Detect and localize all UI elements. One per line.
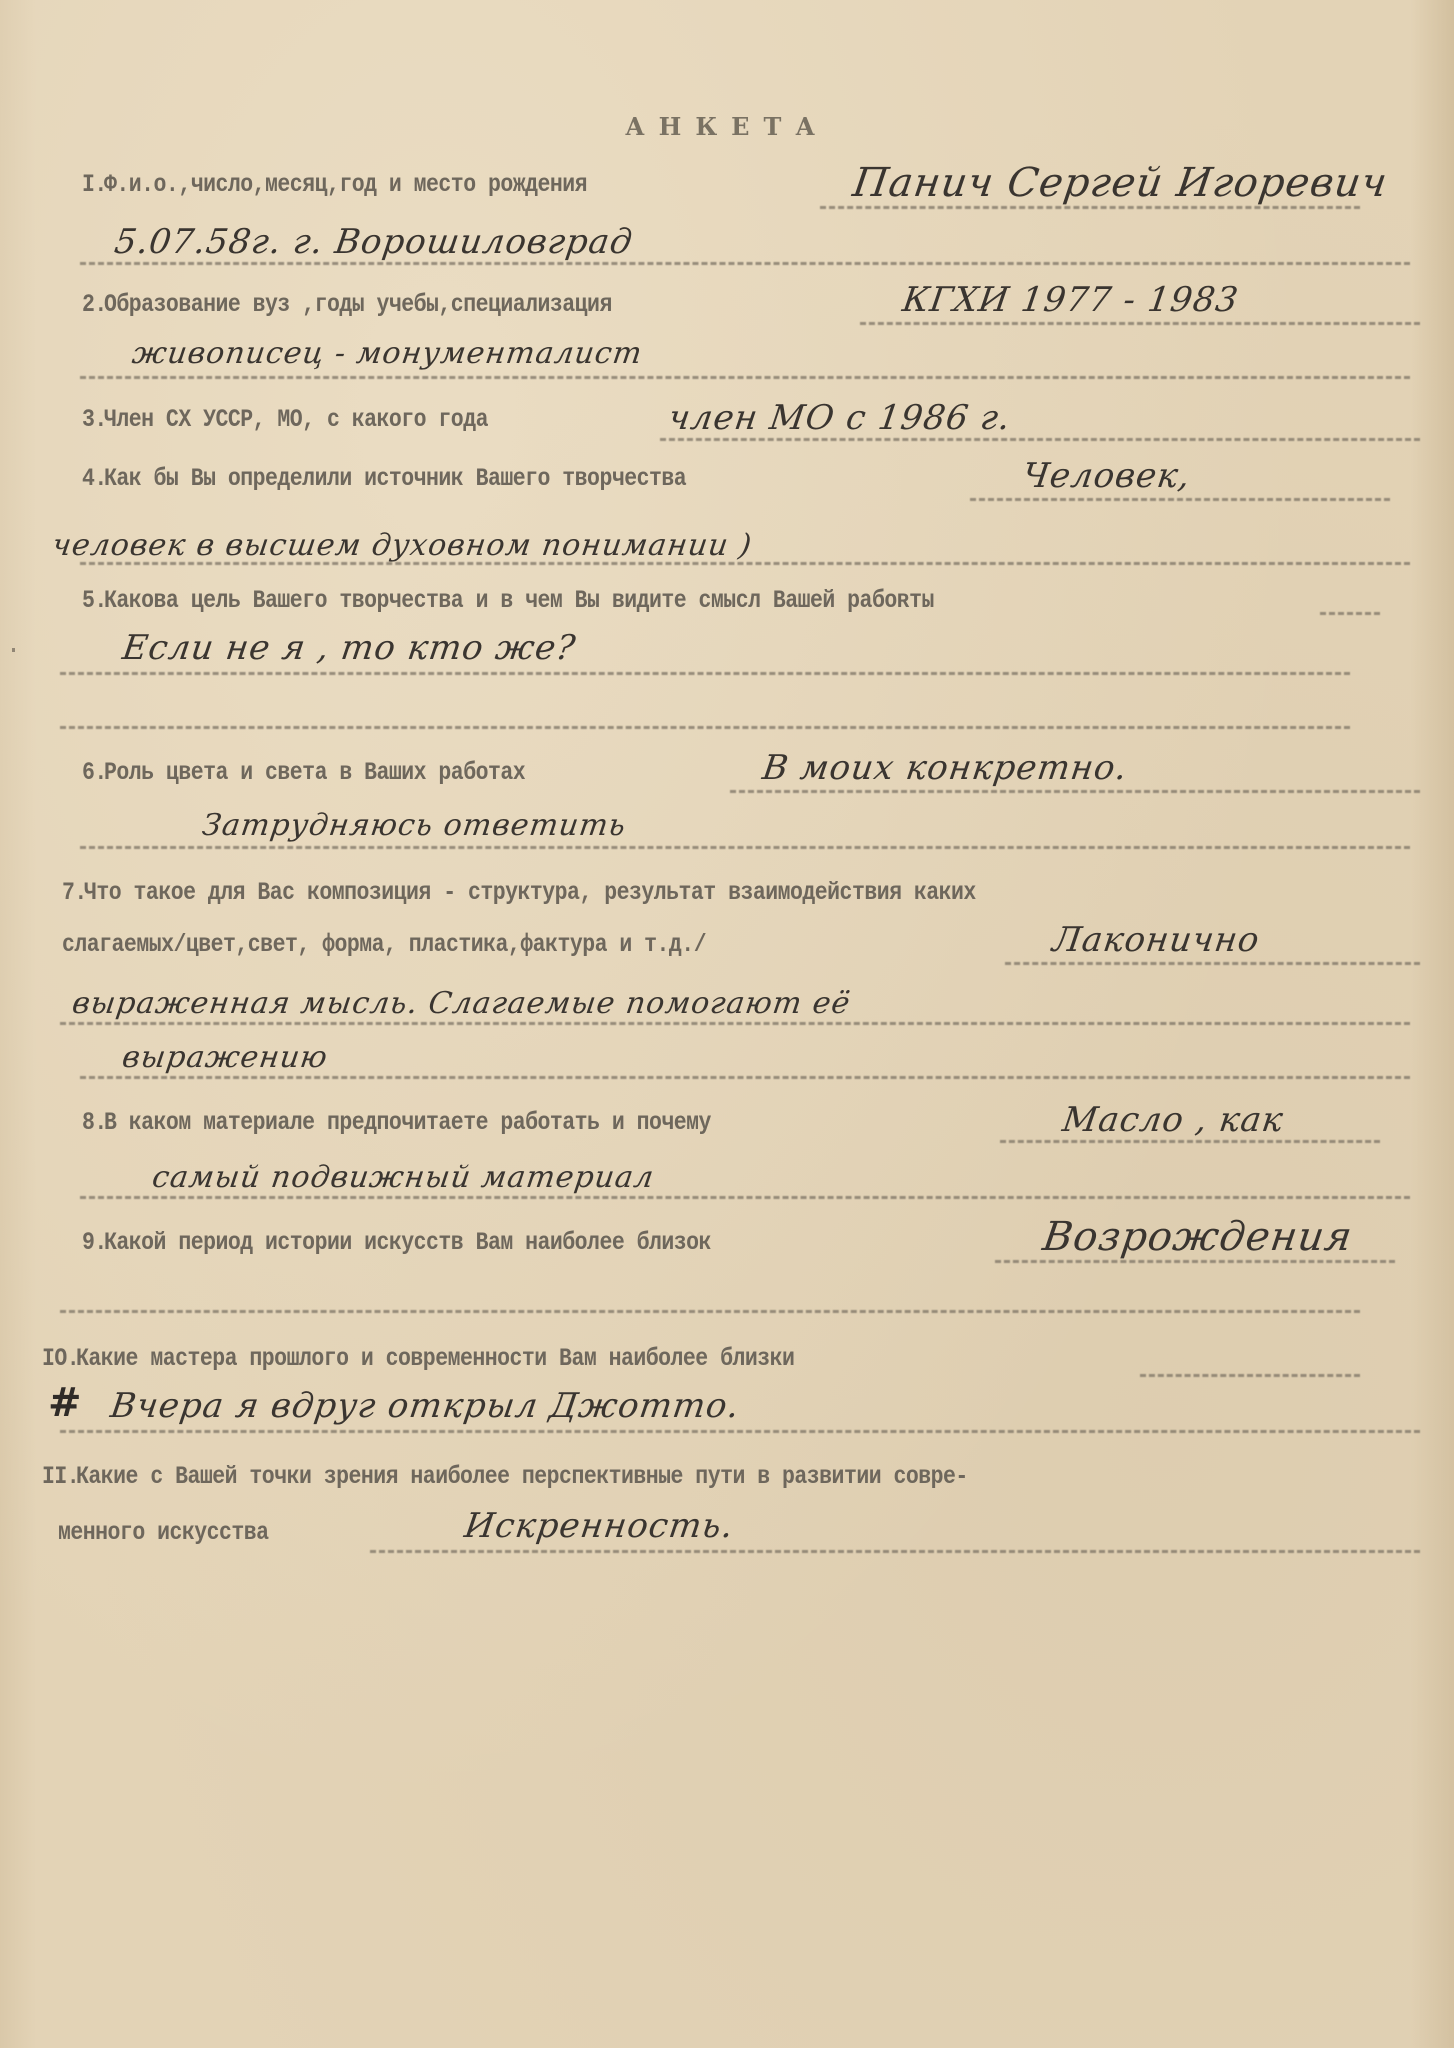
question-7-answer-line-3: выражению [120, 1040, 330, 1075]
answer-line [60, 1430, 1420, 1433]
question-1-text: Ф.и.о.,число,месяц,год и место рождения [104, 170, 587, 199]
answer-line [970, 498, 1390, 501]
answer-line [860, 322, 1420, 325]
answer-line [820, 206, 1360, 209]
answer-line [660, 438, 1420, 441]
question-11-answer: Искренность. [462, 1506, 736, 1546]
question-5-answer-line-1: Если не я , то кто же? [120, 628, 578, 668]
question-6-text: Роль цвета и света в Ваших работах [104, 758, 525, 787]
question-7-answer-line-1: Лаконично [1050, 920, 1262, 960]
stray-mark [12, 648, 15, 652]
answer-line [80, 376, 1410, 379]
crossed-out-mark: # [48, 1380, 82, 1426]
question-10-answer: Вчера я вдруг открыл Джотто. [108, 1386, 742, 1426]
answer-line [1320, 612, 1380, 615]
question-2-answer-line-1: КГХИ 1977 - 1983 [900, 280, 1241, 320]
answer-line [80, 846, 1410, 849]
question-7-answer-line-2: выраженная мысль. Слагаемые помогают её [70, 986, 853, 1021]
question-3-text: Член СХ УССР, МО, с какого года [104, 405, 488, 434]
question-2-text: Образование вуз ,годы учебы,специализаци… [104, 290, 612, 319]
answer-line [80, 562, 1410, 565]
questionnaire-page: АНКЕТА I. Ф.и.о.,число,месяц,год и место… [0, 0, 1454, 2048]
question-1-answer-line-2: 5.07.58г. г. Ворошиловград [112, 222, 635, 262]
answer-line [80, 1076, 1410, 1079]
answer-line [1140, 1374, 1360, 1377]
question-8-answer-line-2: самый подвижный материал [150, 1160, 657, 1195]
question-4-answer-line-1: Человек, [1020, 456, 1193, 496]
answer-line [1005, 962, 1420, 965]
question-7-text-line-1: Что такое для Вас композиция - структура… [84, 878, 976, 907]
document-title: АНКЕТА [0, 112, 1454, 141]
question-11-text-line-2: менного искусства [58, 1518, 269, 1547]
question-10-number: IO. [42, 1344, 79, 1373]
question-10-text: Какие мастера прошлого и современности В… [76, 1344, 794, 1373]
question-8-text: В каком материале предпочитаете работать… [104, 1108, 711, 1137]
question-8-answer-line-1: Масло , как [1060, 1100, 1286, 1140]
question-4-text: Как бы Вы определили источник Вашего тво… [104, 464, 686, 493]
answer-line [370, 1550, 1420, 1553]
question-9-answer: Возрождения [1040, 1214, 1356, 1260]
answer-line [60, 1310, 1360, 1313]
question-11-text-line-1: Какие с Вашей точки зрения наиболее перс… [76, 1462, 968, 1491]
answer-line [995, 1260, 1395, 1263]
answer-line [80, 262, 1410, 265]
question-11-number: II. [42, 1462, 79, 1491]
question-7-text-line-2: слагаемых/цвет,свет, форма, пластика,фак… [62, 930, 706, 959]
answer-line [1000, 1140, 1380, 1143]
question-1-answer-line-1: Панич Сергей Игоревич [850, 160, 1391, 206]
question-6-answer-line-2: Затрудняюсь ответить [200, 808, 629, 843]
question-5-text: Какова цель Вашего творчества и в чем Вы… [104, 586, 934, 615]
question-3-answer: член МО с 1986 г. [666, 398, 1013, 438]
question-4-answer-line-2: человек в высшем духовном понимании ) [50, 528, 754, 563]
question-9-text: Какой период истории искусств Вам наибол… [104, 1228, 711, 1257]
answer-line [60, 1022, 1410, 1025]
answer-line [60, 672, 1350, 675]
answer-line [730, 790, 1420, 793]
question-6-answer-line-1: В моих конкретно. [760, 748, 1130, 788]
answer-line [80, 1196, 1410, 1199]
answer-line [60, 726, 1350, 729]
question-2-answer-line-2: живописец - монументалист [130, 336, 645, 371]
